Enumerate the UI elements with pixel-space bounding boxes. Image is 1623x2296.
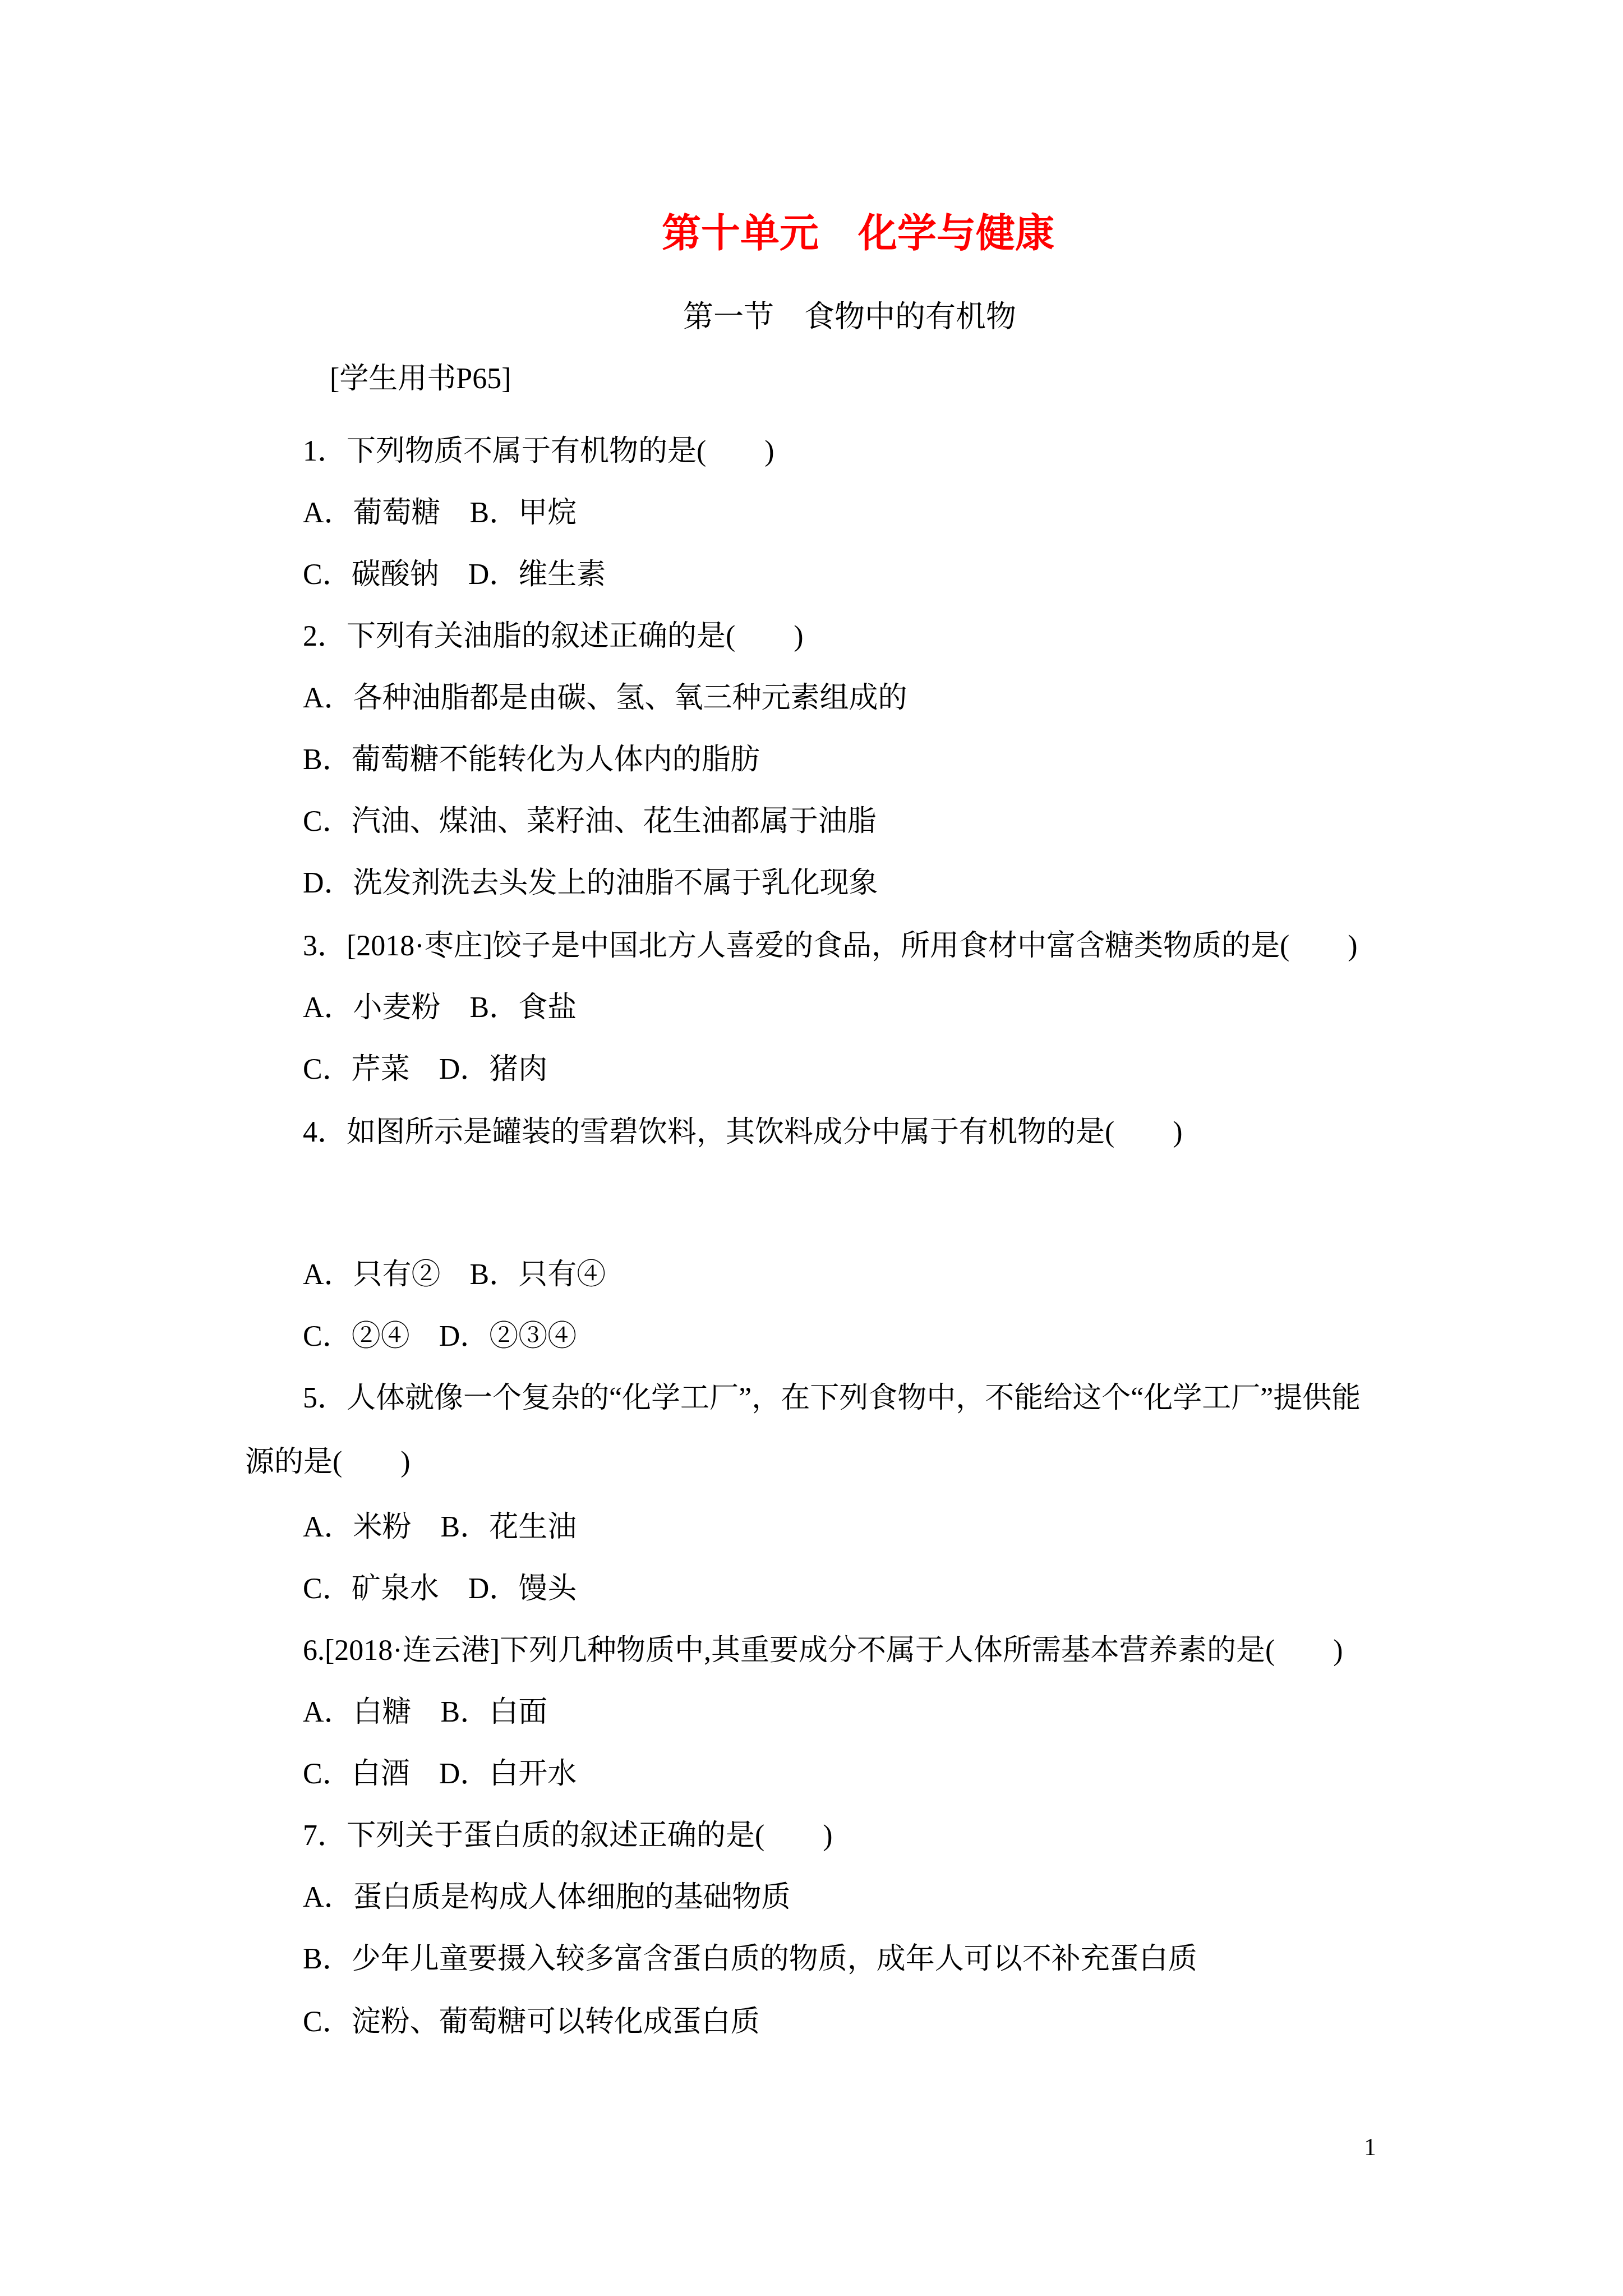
question-6-options-cd: C．白酒 D．白开水 — [303, 1757, 577, 1791]
question-5-stem-line1: 5．人体就像一个复杂的“化学工厂”，在下列食物中，不能给这个“化学工厂”提供能 — [303, 1382, 1361, 1415]
question-1-options-ab: A．葡萄糖 B．甲烷 — [303, 496, 577, 530]
question-2-option-b: B．葡萄糖不能转化为人体内的脂肪 — [303, 743, 760, 777]
question-3-stem: 3．[2018·枣庄]饺子是中国北方人喜爱的食品，所用食材中富含糖类物质的是( … — [303, 930, 1358, 963]
question-4-options-cd: C．②④ D．②③④ — [303, 1320, 577, 1354]
section-title: 第一节 食物中的有机物 — [683, 302, 1016, 332]
question-2-option-a: A．各种油脂都是由碳、氢、氧三种元素组成的 — [303, 682, 907, 715]
question-7-option-c: C．淀粉、葡萄糖可以转化成蛋白质 — [303, 2005, 760, 2039]
question-6-stem: 6.[2018·连云港]下列几种物质中,其重要成分不属于人体所需基本营养素的是(… — [303, 1634, 1343, 1668]
page-number: 1 — [1364, 2135, 1376, 2160]
question-2-option-d: D．洗发剂洗去头发上的油脂不属于乳化现象 — [303, 867, 878, 900]
question-5-stem-line2: 源的是( ) — [245, 1446, 411, 1479]
worksheet-page: 第十单元 化学与健康 第一节 食物中的有机物 [学生用书P65] 1．下列物质不… — [0, 0, 1623, 2296]
question-5-options-ab: A．米粉 B．花生油 — [303, 1511, 577, 1544]
question-7-option-b: B．少年儿童要摄入较多富含蛋白质的物质，成年人可以不补充蛋白质 — [303, 1943, 1197, 1976]
unit-title: 第十单元 化学与健康 — [662, 215, 1054, 254]
question-1-stem: 1．下列物质不属于有机物的是( ) — [303, 435, 774, 468]
question-4-stem: 4．如图所示是罐装的雪碧饮料，其饮料成分中属于有机物的是( ) — [303, 1116, 1183, 1149]
question-6-options-ab: A．白糖 B．白面 — [303, 1696, 547, 1729]
question-5-options-cd: C．矿泉水 D．馒头 — [303, 1572, 577, 1606]
question-3-options-ab: A．小麦粉 B．食盐 — [303, 991, 577, 1025]
question-2-option-c: C．汽油、煤油、菜籽油、花生油都属于油脂 — [303, 805, 877, 839]
question-7-stem: 7．下列关于蛋白质的叙述正确的是( ) — [303, 1819, 833, 1853]
question-4-options-ab: A．只有② B．只有④ — [303, 1258, 606, 1292]
question-1-options-cd: C．碳酸钠 D．维生素 — [303, 558, 606, 592]
question-7-option-a: A．蛋白质是构成人体细胞的基础物质 — [303, 1881, 791, 1915]
question-3-options-cd: C．芹菜 D．猪肉 — [303, 1053, 547, 1087]
student-book-reference: [学生用书P65] — [330, 365, 511, 394]
question-2-stem: 2．下列有关油脂的叙述正确的是( ) — [303, 620, 804, 654]
